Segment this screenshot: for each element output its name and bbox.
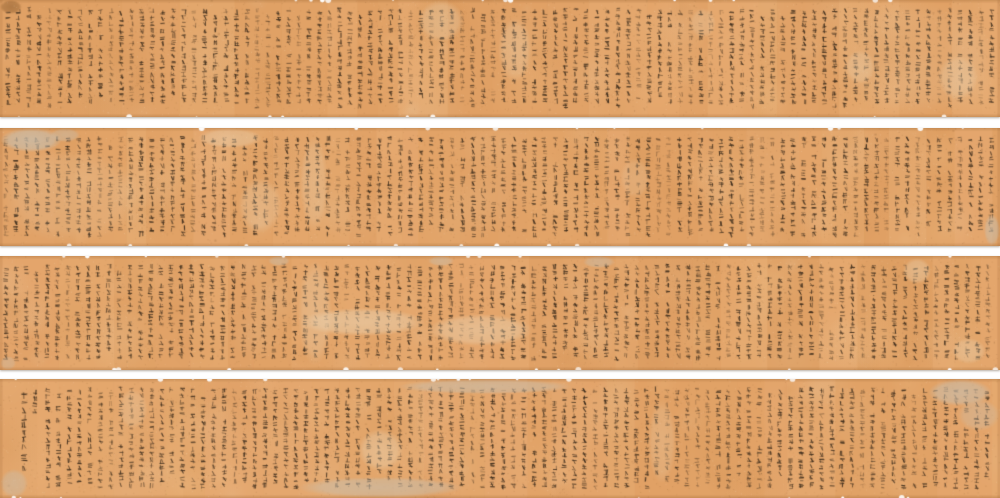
scroll-strip-3 [0,256,1000,370]
manuscript-photo: Four mounted strips of a handwritten scr… [0,0,1000,498]
scroll-strip-2 [0,128,1000,246]
scroll-strip-4 [0,379,1000,498]
scroll-strip-1 [0,0,1000,117]
